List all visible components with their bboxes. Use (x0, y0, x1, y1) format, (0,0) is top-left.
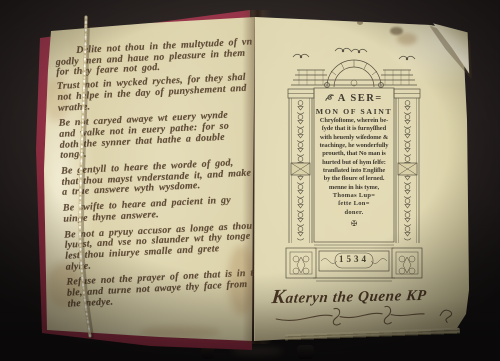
title-body: Chryſoſtome, wherein be- ſyde that it is… (305, 117, 403, 192)
bird-ornament-icon (335, 48, 351, 52)
title-line: proueth, that No man is (305, 150, 403, 158)
photo-open-book: Delite not thou in the multytude of vn g… (0, 0, 500, 361)
cross-ornament-icon: ✠ (305, 219, 403, 228)
title-line: ſette Lon= (305, 200, 403, 208)
stain (397, 33, 417, 45)
printed-date: 1534 (324, 251, 384, 267)
title-line: with heuenly wiſedome & (305, 134, 403, 142)
bird-ornament-icon (293, 54, 309, 58)
woodcut-title-block: A SER= MON OF SAINT Chryſoſtome, wherein… (283, 45, 425, 285)
inscription-katherine-parr: Kateryn the Quene KP (272, 284, 473, 336)
fleuron-icon (325, 94, 334, 102)
title-line: teachinge, he wonderfully (305, 142, 403, 150)
title-line-text: A SER= (338, 93, 383, 104)
title-line: Thomas Lup= (305, 192, 403, 200)
title-line: hurted but of hym ſelfe: (305, 159, 403, 167)
title-line: Chryſoſtome, wherein be- (305, 117, 403, 125)
title-line: tranſlated into Engliſhe (305, 167, 403, 175)
title-line: A SER= (305, 92, 403, 106)
title-line: doner. (305, 209, 403, 217)
bird-ornament-icon (351, 49, 367, 53)
title-line: MON OF SAINT (305, 106, 403, 117)
title-line: by the floure of lerned. (305, 175, 403, 183)
title-line: ſyde that it is furnyſſhed (305, 125, 403, 133)
title-line: menne in his tyme, (305, 184, 403, 192)
bird-ornament-icon (399, 56, 415, 60)
printed-title-text: A SER= MON OF SAINT Chryſoſtome, wherein… (305, 92, 403, 228)
title-colophon: Thomas Lup= ſette Lon= doner. (305, 192, 403, 217)
signature-flourish-icon (272, 303, 468, 333)
